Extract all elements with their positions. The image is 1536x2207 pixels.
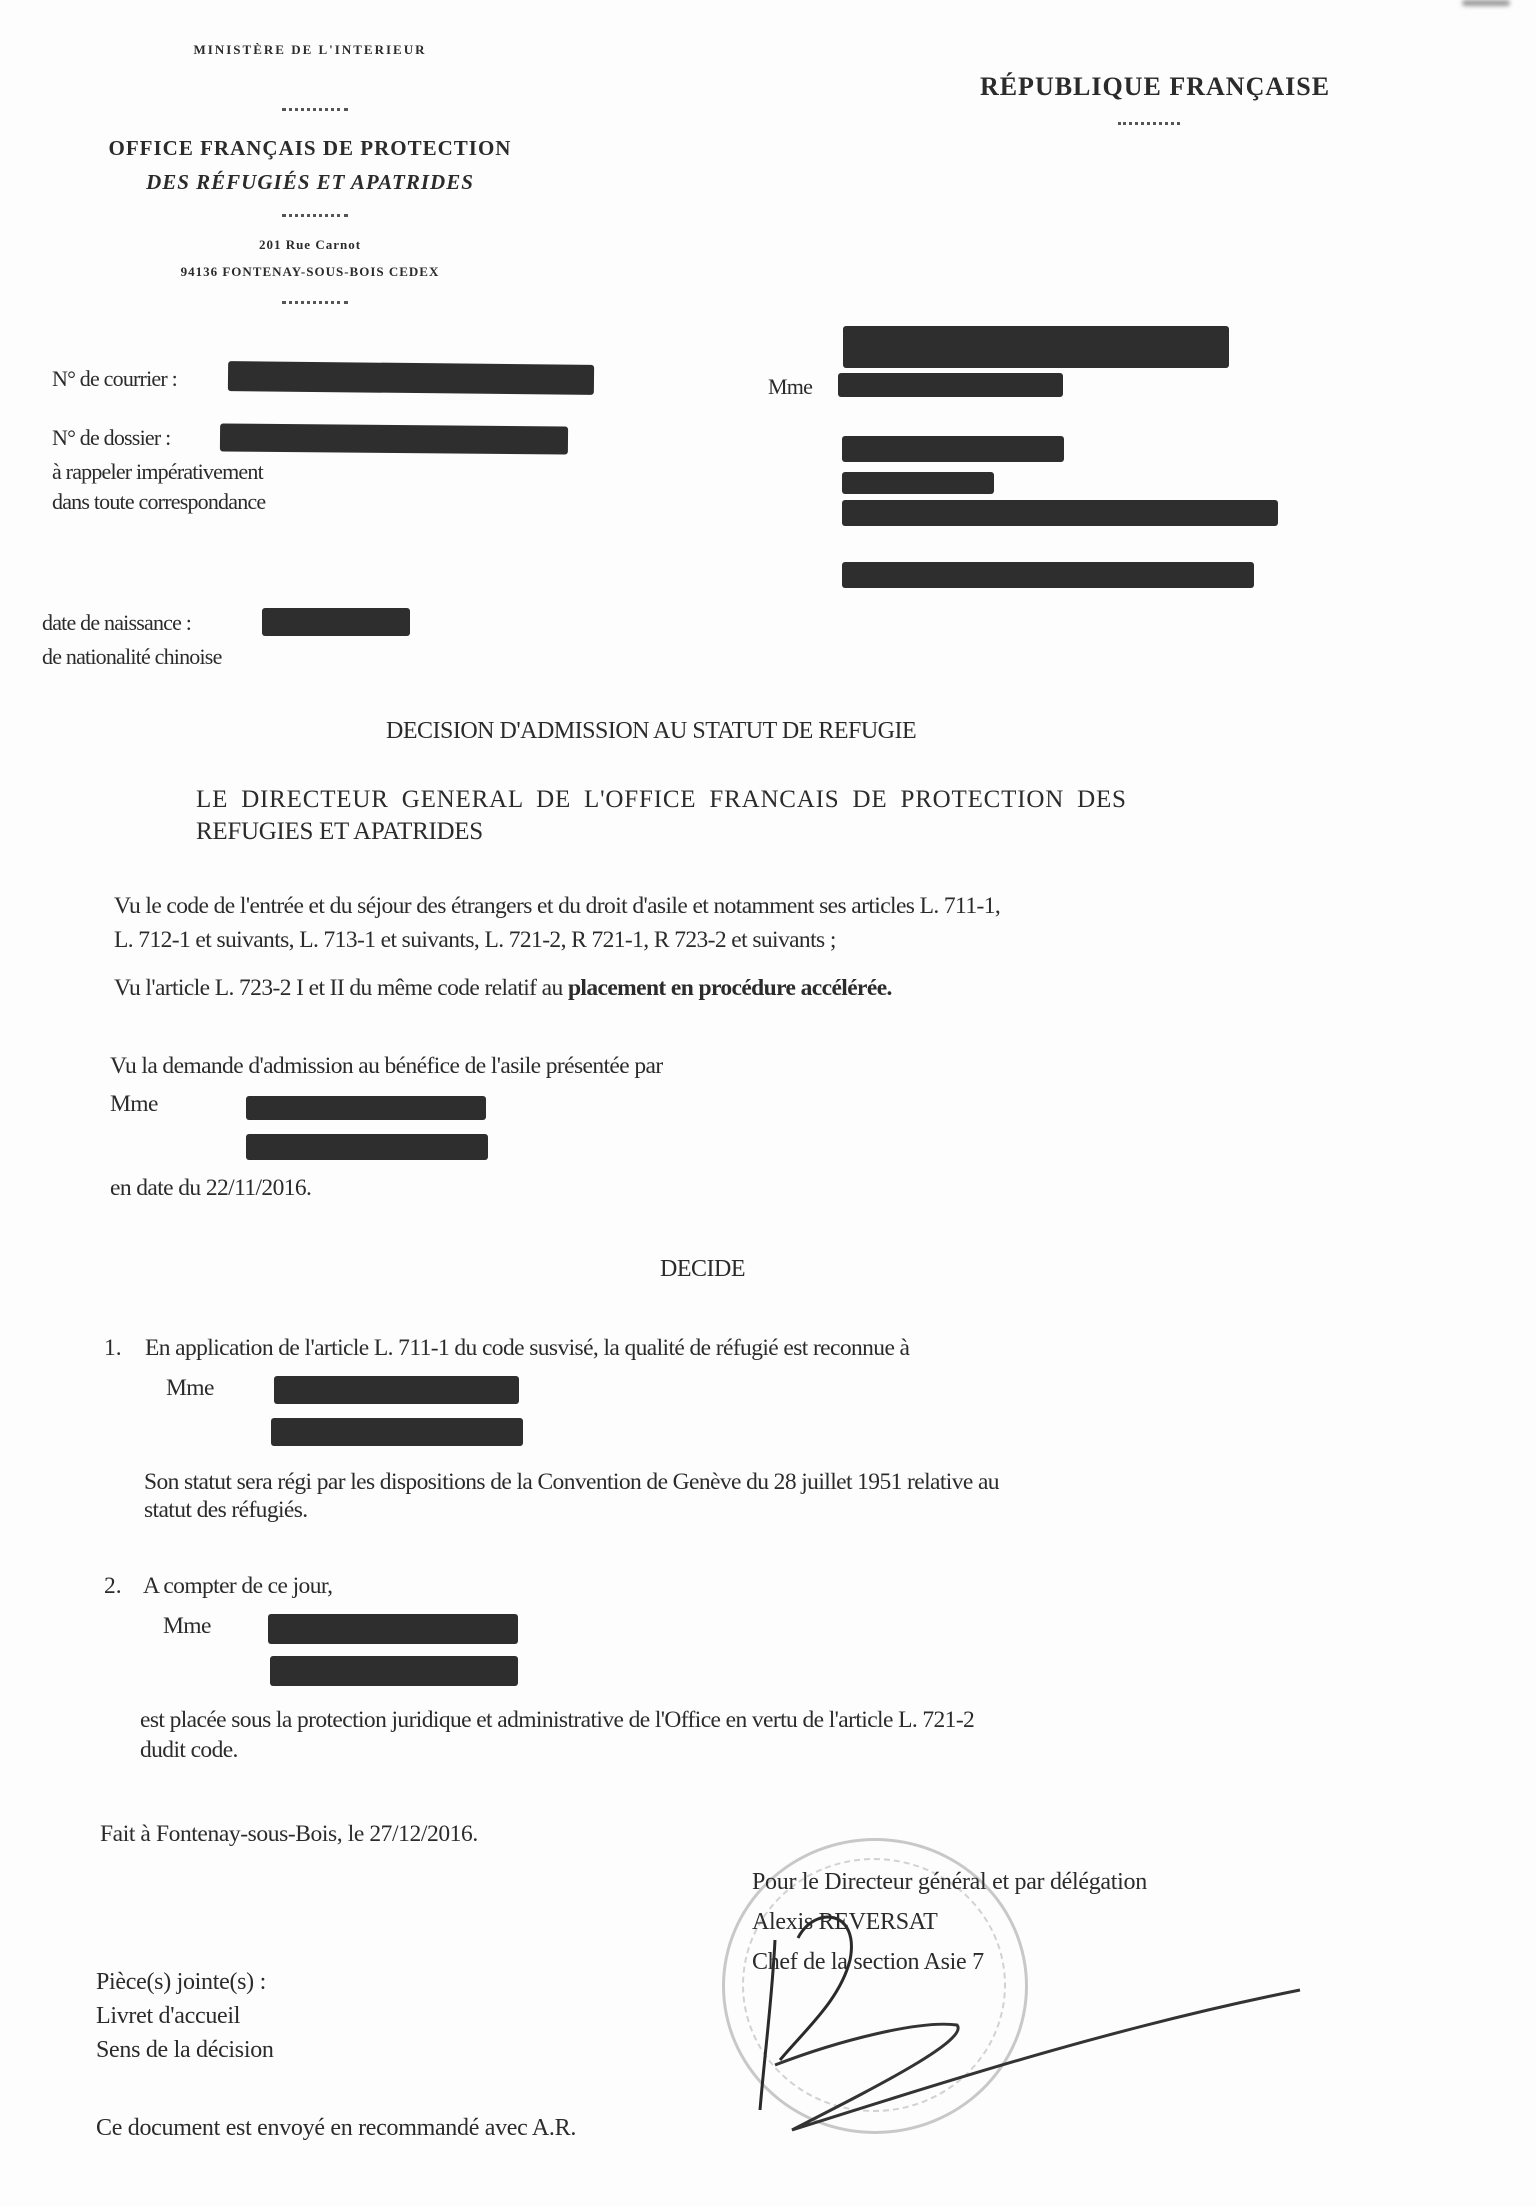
nationality: de nationalité chinoise [42,640,222,673]
consideration-1-line1: Vu le code de l'entrée et du séjour des … [114,890,1000,923]
decision-item-1-number: 1. [104,1332,122,1365]
application-date: en date du 22/11/2016. [110,1172,311,1205]
birth-date-label: date de naissance : [42,606,191,639]
redacted-applicant-name-1 [246,1096,486,1120]
office-name-line1: OFFICE FRANÇAIS DE PROTECTION [60,136,560,161]
refugee-status-line2: statut des réfugiés. [144,1494,308,1527]
consideration-3-salutation: Mme [110,1088,158,1121]
redacted-courrier-number [228,361,594,395]
separator [1118,122,1180,129]
dossier-label: N° de dossier : [52,421,170,454]
dossier-note-line1: à rappeler impérativement [52,455,263,488]
document-page: MINISTÈRE DE L'INTERIEUR OFFICE FRANÇAIS… [0,0,1536,2207]
redacted-birth-date [262,608,410,636]
place-and-date: Fait à Fontenay-sous-Bois, le 27/12/2016… [100,1818,478,1851]
redacted-dossier-number [220,423,568,454]
consideration-2: Vu l'article L. 723-2 I et II du même co… [114,972,892,1005]
consideration-1-line2: L. 712-1 et suivants, L. 713-1 et suivan… [114,924,836,957]
authority-line1: LE DIRECTEUR GENERAL DE L'OFFICE FRANCAI… [196,786,1127,814]
office-address-line2: 94136 FONTENAY-SOUS-BOIS CEDEX [110,264,510,280]
handwritten-signature [720,1900,1320,2140]
separator [282,301,348,308]
courrier-label: N° de courrier : [52,362,177,395]
decision-item-2-text: A compter de ce jour, [143,1570,332,1603]
redacted-applicant-name-2 [246,1134,488,1160]
redacted-address-line4 [842,562,1254,588]
redacted-protected-name-2 [270,1656,518,1686]
attachment-item: Sens de la décision [96,2034,274,2067]
attachment-item: Livret d'accueil [96,2000,240,2033]
redacted-address-line2 [842,472,994,494]
decide-heading: DECIDE [660,1256,745,1283]
redacted-address-line3 [842,500,1278,526]
ministry-heading: MINISTÈRE DE L'INTERIEUR [150,42,470,58]
dossier-note-line2: dans toute correspondance [52,485,265,518]
decision-item-1-text: En application de l'article L. 711-1 du … [145,1332,909,1365]
decision-item-2-salutation: Mme [163,1610,211,1643]
redacted-address-line1 [842,436,1064,462]
delivery-note: Ce document est envoyé en recommandé ave… [96,2112,576,2145]
consideration-3: Vu la demande d'admission au bénéfice de… [110,1050,663,1083]
decision-item-1-salutation: Mme [166,1372,214,1405]
redacted-refugee-name-2 [271,1418,523,1446]
redacted-recipient-name [843,326,1229,368]
signatory-delegation: Pour le Directeur général et par délégat… [752,1866,1147,1899]
protection-line2: dudit code. [140,1734,238,1767]
authority-line2: REFUGIES ET APATRIDES [196,818,483,846]
scan-smudge [1462,0,1510,6]
office-name-line2: DES RÉFUGIÉS ET APATRIDES [60,170,560,195]
redacted-recipient-name-2 [838,373,1063,397]
separator [282,214,348,221]
separator [282,108,348,115]
protection-line1: est placée sous la protection juridique … [140,1704,974,1737]
decision-item-2-number: 2. [104,1570,122,1603]
redacted-refugee-name-1 [274,1376,519,1404]
republic-heading: RÉPUBLIQUE FRANÇAISE [940,72,1370,102]
accelerated-procedure-emphasis: placement en procédure accélérée. [568,975,892,1001]
redacted-protected-name-1 [268,1614,518,1644]
office-address-line1: 201 Rue Carnot [160,237,460,253]
recipient-salutation: Mme [768,370,812,403]
consideration-2-text: Vu l'article L. 723-2 I et II du même co… [114,975,563,1001]
attachments-label: Pièce(s) jointe(s) : [96,1966,266,1999]
decision-title: DECISION D'ADMISSION AU STATUT DE REFUGI… [386,718,916,745]
